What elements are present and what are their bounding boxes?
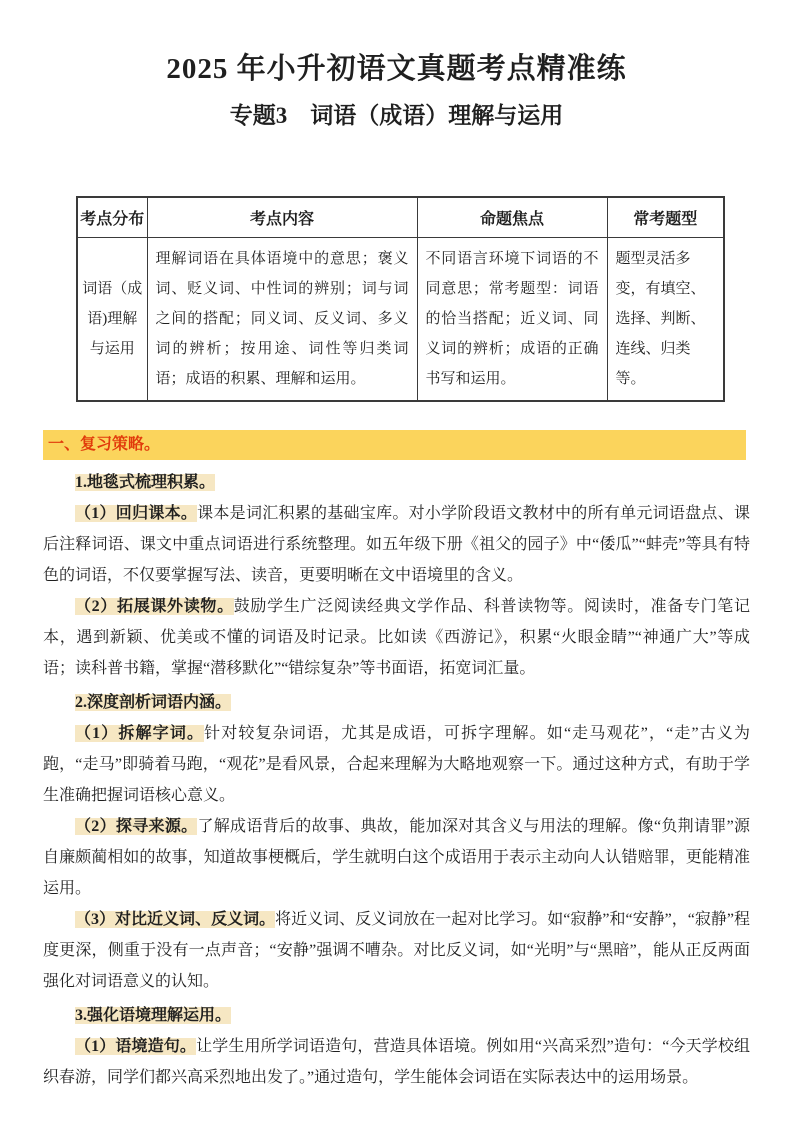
section-heading-banner: 一、复习策略。 xyxy=(43,430,746,460)
document-body: 1.地毯式梳理积累。 （1）回归课本。课本是词汇积累的基础宝库。对小学阶段语文教… xyxy=(43,467,750,1093)
strategy-heading-3: 3.强化语境理解运用。 xyxy=(43,1000,750,1031)
point-label: （1）拆解字词。 xyxy=(75,725,204,742)
strategy-2-point-1: （1）拆解字词。针对较复杂词语，尤其是成语，可拆字理解。如“走马观花”，“走”古… xyxy=(43,718,750,811)
strategy-heading-2: 2.深度剖析词语内涵。 xyxy=(43,687,750,718)
point-label: （3）对比近义词、反义词。 xyxy=(75,911,275,928)
header-focus: 命题焦点 xyxy=(417,197,607,237)
strategy-1-point-2: （2）拓展课外读物。鼓励学生广泛阅读经典文学作品、科普读物等。阅读时，准备专门笔… xyxy=(43,591,750,684)
table-header-row: 考点分布 考点内容 命题焦点 常考题型 xyxy=(77,197,724,237)
header-types: 常考题型 xyxy=(607,197,724,237)
page-subtitle: 专题3 词语（成语）理解与运用 xyxy=(0,97,793,130)
document-page: 2025 年小升初语文真题考点精准练 专题3 词语（成语）理解与运用 考点分布 … xyxy=(0,0,793,1122)
strategy-2-point-3: （3）对比近义词、反义词。将近义词、反义词放在一起对比学习。如“寂静”和“安静”… xyxy=(43,904,750,997)
header-distribution: 考点分布 xyxy=(77,197,147,237)
strategy-3-point-1: （1）语境造句。让学生用所学词语造句，营造具体语境。例如用“兴高采烈”造句：“今… xyxy=(43,1031,750,1093)
point-label: （2）拓展课外读物。 xyxy=(75,598,234,615)
page-title: 2025 年小升初语文真题考点精准练 xyxy=(0,0,793,87)
point-label: （1）回归课本。 xyxy=(75,505,197,522)
strategy-heading-2-text: 2.深度剖析词语内涵。 xyxy=(75,694,231,711)
point-label: （1）语境造句。 xyxy=(75,1038,196,1055)
strategy-heading-3-text: 3.强化语境理解运用。 xyxy=(75,1007,231,1024)
section-heading: 一、复习策略。 xyxy=(48,436,160,453)
cell-distribution: 词语（成语)理解与运用 xyxy=(77,237,147,401)
header-content: 考点内容 xyxy=(147,197,417,237)
point-label: （2）探寻来源。 xyxy=(75,818,197,835)
exam-points-table: 考点分布 考点内容 命题焦点 常考题型 词语（成语)理解与运用 理解词语在具体语… xyxy=(76,196,725,402)
strategy-1-point-1: （1）回归课本。课本是词汇积累的基础宝库。对小学阶段语文教材中的所有单元词语盘点… xyxy=(43,498,750,591)
table-row: 词语（成语)理解与运用 理解词语在具体语境中的意思；褒义词、贬义词、中性词的辨别… xyxy=(77,237,724,401)
strategy-heading-1-text: 1.地毯式梳理积累。 xyxy=(75,474,215,491)
cell-focus: 不同语言环境下词语的不同意思；常考题型：词语的恰当搭配；近义词、同义词的辨析；成… xyxy=(417,237,607,401)
cell-content: 理解词语在具体语境中的意思；褒义词、贬义词、中性词的辨别；词与词之间的搭配；同义… xyxy=(147,237,417,401)
strategy-heading-1: 1.地毯式梳理积累。 xyxy=(43,467,750,498)
cell-types: 题型灵活多变，有填空、选择、判断、连线、归类等。 xyxy=(607,237,724,401)
strategy-2-point-2: （2）探寻来源。了解成语背后的故事、典故，能加深对其含义与用法的理解。像“负荆请… xyxy=(43,811,750,904)
